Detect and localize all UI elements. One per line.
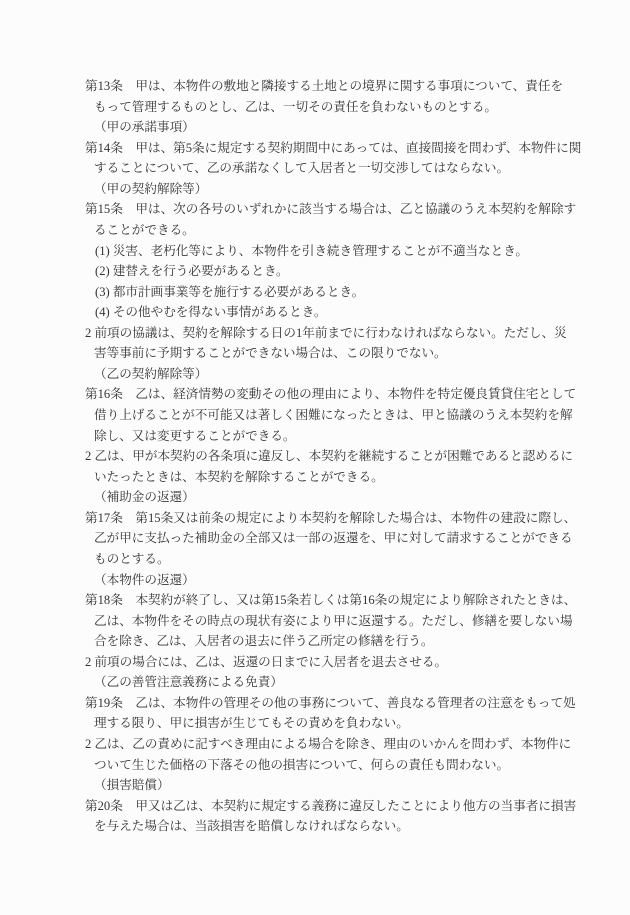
heading-article-20: （損害賠償）: [85, 775, 581, 796]
article-15-continuation: ることができる。: [85, 220, 581, 241]
article-18-paragraph-2: 2 前項の場合には、乙は、返還の日までに入居者を退去させる。: [85, 652, 581, 673]
article-19-paragraph-2-continuation: ついて生じた価格の下落その他の損害について、何らの責任も問わない。: [85, 755, 581, 776]
contract-body-text: 第13条 甲は、本物件の敷地と隣接する土地との境界に関する事項について、責任を …: [85, 76, 581, 837]
article-15-item-4: (4) その他やむを得ない事情があるとき。: [85, 302, 581, 323]
article-19-paragraph-2: 2 乙は、乙の責めに記すべき理由による場合を除き、理由のいかんを問わず、本物件に: [85, 734, 581, 755]
article-19-line: 第19条 乙は、本物件の管理その他の事務について、善良なる管理者の注意をもって処: [85, 693, 581, 714]
heading-article-16: （乙の契約解除等）: [85, 364, 581, 385]
heading-article-19: （乙の善管注意義務による免責）: [85, 672, 581, 693]
article-16-line: 第16条 乙は、経済情勢の変動その他の理由により、本物件を特定優良賃貸住宅として: [85, 384, 581, 405]
article-15-item-1: (1) 災害、老朽化等により、本物件を引き続き管理することが不適当なとき。: [85, 241, 581, 262]
article-18-continuation-2: 合を除き、乙は、入居者の退去に伴う乙所定の修繕を行う。: [85, 631, 581, 652]
article-13-continuation: もって管理するものとし、乙は、一切その責任を負わないものとする。: [85, 97, 581, 118]
article-19-continuation: 理する限り、甲に損害が生じてもその責めを負わない。: [85, 713, 581, 734]
article-14-continuation: することについて、乙の承諾なくして入居者と一切交渉してはならない。: [85, 158, 581, 179]
article-18-continuation: 乙は、本物件をその時点の現状有姿により甲に返還する。ただし、修繕を要しない場: [85, 611, 581, 632]
article-14-line: 第14条 甲は、第5条に規定する契約期間中にあっては、直接間接を問わず、本物件に…: [85, 138, 581, 159]
article-15-item-3: (3) 都市計画事業等を施行する必要があるとき。: [85, 282, 581, 303]
article-18-line: 第18条 本契約が終了し、又は第15条若しくは第16条の規定により解除されたとき…: [85, 590, 581, 611]
article-15-paragraph-2-continuation: 害等事前に予期することができない場合は、この限りでない。: [85, 343, 581, 364]
article-20-continuation: を与えた場合は、当該損害を賠償しなければならない。: [85, 816, 581, 837]
heading-article-14: （甲の承諾事項）: [85, 117, 581, 138]
article-16-paragraph-2-continuation: いたったときは、本契約を解除することができる。: [85, 467, 581, 488]
article-15-item-2: (2) 建替えを行う必要があるとき。: [85, 261, 581, 282]
article-20-line: 第20条 甲又は乙は、本契約に規定する義務に違反したことにより他方の当事者に損害: [85, 796, 581, 817]
article-16-continuation-2: 除し、又は変更することができる。: [85, 426, 581, 447]
heading-article-17: （補助金の返還）: [85, 487, 581, 508]
article-17-continuation: 乙が甲に支払った補助金の全部又は一部の返還を、甲に対して請求することができる: [85, 528, 581, 549]
article-17-continuation-2: ものとする。: [85, 549, 581, 570]
heading-article-15: （甲の契約解除等）: [85, 179, 581, 200]
article-15-line: 第15条 甲は、次の各号のいずれかに該当する場合は、乙と協議のうえ本契約を解除す: [85, 199, 581, 220]
article-13-line: 第13条 甲は、本物件の敷地と隣接する土地との境界に関する事項について、責任を: [85, 76, 581, 97]
heading-article-18: （本物件の返還）: [85, 570, 581, 591]
contract-document-page: 第13条 甲は、本物件の敷地と隣接する土地との境界に関する事項について、責任を …: [0, 0, 630, 915]
article-16-continuation: 借り上げることが不可能又は著しく困難になったときは、甲と協議のうえ本契約を解: [85, 405, 581, 426]
article-16-paragraph-2: 2 乙は、甲が本契約の各条項に違反し、本契約を継続することが困難であると認めるに: [85, 446, 581, 467]
article-15-paragraph-2: 2 前項の協議は、契約を解除する日の1年前までに行わなければならない。ただし、災: [85, 323, 581, 344]
article-17-line: 第17条 第15条又は前条の規定により本契約を解除した場合は、本物件の建設に際し…: [85, 508, 581, 529]
